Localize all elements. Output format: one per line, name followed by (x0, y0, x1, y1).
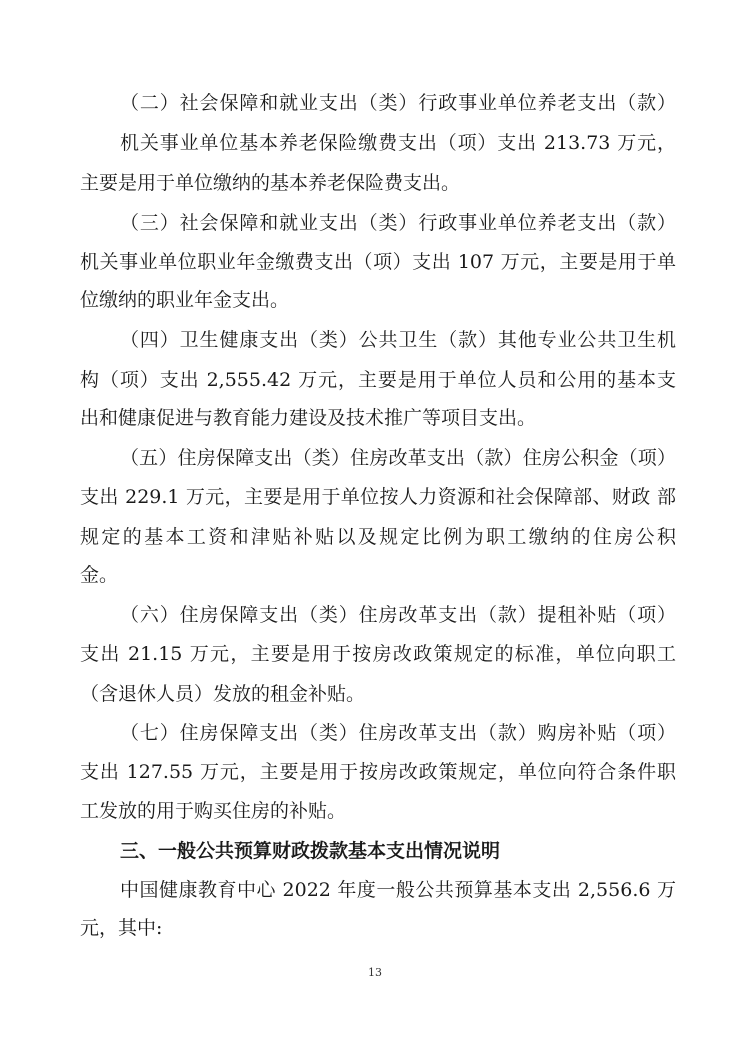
item-5-line-2: 支出 229.1 万元，主要是用于单位按人力资源和社会保障部、财政 部 (80, 484, 676, 510)
item-5-line-3: 规定的基本工资和津贴补贴以及规定比例为职工缴纳的住房公积 (80, 524, 676, 550)
item-2-line-3: 主要是用于单位缴纳的基本养老保险费支出。 (80, 170, 676, 196)
item-2-line-2: 机关事业单位基本养老保险缴费支出（项）支出 213.73 万元， (120, 130, 676, 156)
item-6-line-1: （六）住房保障支出（类）住房改革支出（款）提租补贴（项） (120, 602, 676, 628)
section-heading: 三、一般公共预算财政拨款基本支出情况说明 (120, 838, 676, 864)
item-7-line-2: 支出 127.55 万元，主要是用于按房改政策规定，单位向符合条件职 (80, 759, 676, 785)
item-3-line-1: （三）社会保障和就业支出（类）行政事业单位养老支出（款） (120, 210, 676, 236)
item-7-line-3: 工发放的用于购买住房的补贴。 (80, 798, 676, 824)
page-number: 13 (0, 966, 750, 979)
document-page: （二）社会保障和就业支出（类）行政事业单位养老支出（款） 机关事业单位基本养老保… (0, 0, 750, 1060)
item-7-line-1: （七）住房保障支出（类）住房改革支出（款）购房补贴（项） (120, 720, 676, 746)
section-intro-line-1: 中国健康教育中心 2022 年度一般公共预算基本支出 2,556.6 万 (120, 877, 676, 903)
item-4-line-3: 出和健康促进与教育能力建设及技术推广等项目支出。 (80, 405, 676, 431)
item-2-line-1: （二）社会保障和就业支出（类）行政事业单位养老支出（款） (120, 90, 676, 116)
item-3-line-3: 位缴纳的职业年金支出。 (80, 287, 676, 313)
item-6-line-2: 支出 21.15 万元，主要是用于按房改政策规定的标准，单位向职工 (80, 641, 676, 667)
item-6-line-3: （含退休人员）发放的租金补贴。 (80, 681, 676, 707)
item-4-line-2: 构（项）支出 2,555.42 万元，主要是用于单位人员和公用的基本支 (80, 367, 676, 393)
item-3-line-2: 机关事业单位职业年金缴费支出（项）支出 107 万元，主要是用于单 (80, 249, 676, 275)
item-4-line-1: （四）卫生健康支出（类）公共卫生（款）其他专业公共卫生机 (120, 327, 676, 353)
item-5-line-1: （五）住房保障支出（类）住房改革支出（款）住房公积金（项） (120, 445, 676, 471)
item-5-line-4: 金。 (80, 562, 676, 588)
section-intro-line-2: 元，其中: (80, 915, 676, 941)
